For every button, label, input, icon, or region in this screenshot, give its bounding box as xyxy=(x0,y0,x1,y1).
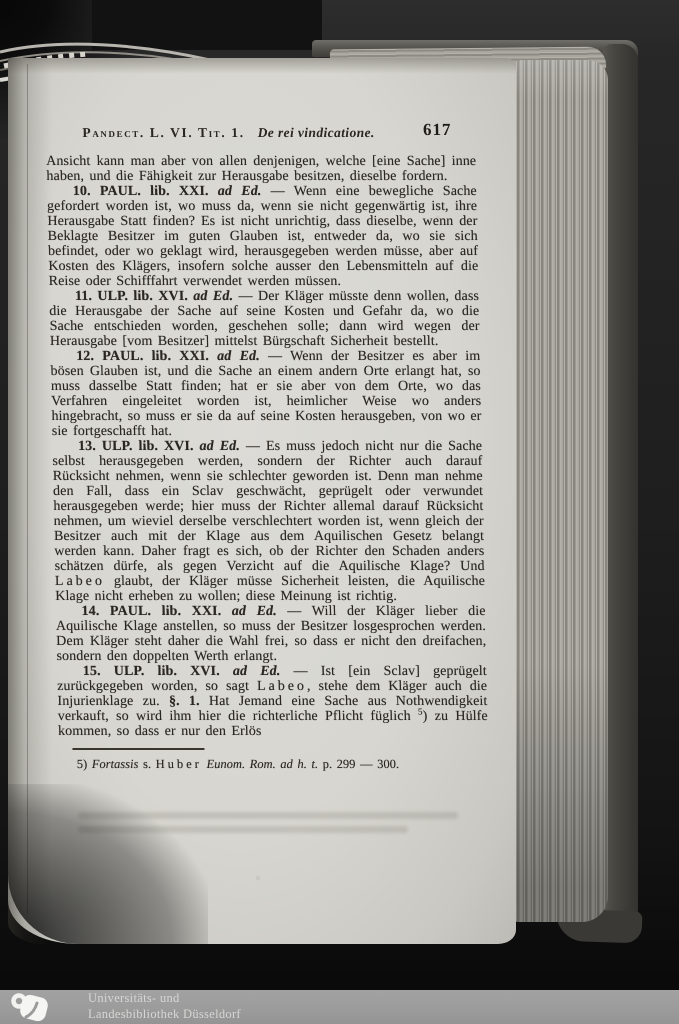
text-segment: Labeo xyxy=(257,679,307,694)
text-segment: Ansicht kann man aber von allen denjenig… xyxy=(46,154,476,184)
body-text: Ansicht kann man aber von allen denjenig… xyxy=(46,154,488,739)
paragraph: 12. PAUL. lib. XXI. ad Ed. — Wenn der Be… xyxy=(50,349,482,439)
library-name: Universitäts- und Landesbibliothek Düsse… xyxy=(88,991,241,1022)
text-segment: ad Ed. xyxy=(232,604,277,619)
text-segment: ad Ed. xyxy=(217,349,260,364)
running-title-series: Pandect. L. VI. Tit. 1. xyxy=(82,125,245,140)
page-number: 617 xyxy=(423,120,452,140)
footnote-rule xyxy=(72,748,204,750)
text-segment: 11. ULP. lib. XVI. xyxy=(75,289,194,304)
text-segment: Fortassis xyxy=(92,757,139,771)
library-name-line2: Landesbibliothek Düsseldorf xyxy=(88,1007,241,1023)
paragraph: 13. ULP. lib. XVI. ad Ed. — Es muss jedo… xyxy=(52,439,485,604)
page-header: Pandect. L. VI. Tit. 1. De rei vindicati… xyxy=(45,124,475,144)
text-segment: — Wenn eine bewegliche Sache gefordert w… xyxy=(47,184,479,289)
paragraph: 11. ULP. lib. XVI. ad Ed. — Der Kläger m… xyxy=(49,289,480,349)
book-page: Pandect. L. VI. Tit. 1. De rei vindicati… xyxy=(8,58,516,944)
text-segment: ad Ed. xyxy=(193,289,233,304)
running-title-treatise: De rei vindicatione. xyxy=(257,125,374,140)
page-edges-right xyxy=(514,60,608,922)
library-watermark-bar: Universitäts- und Landesbibliothek Düsse… xyxy=(0,990,679,1024)
text-segment: 12. PAUL. lib. XXI. xyxy=(76,349,217,364)
text-segment: s. xyxy=(138,757,156,771)
page-content: Pandect. L. VI. Tit. 1. De rei vindicati… xyxy=(44,58,489,772)
text-segment: glaubt, der Kläger müsse Sicherheit leis… xyxy=(55,574,485,604)
book-photo: Pandect. L. VI. Tit. 1. De rei vindicati… xyxy=(0,0,679,1024)
paragraph: 10. PAUL. lib. XXI. ad Ed. — Wenn eine b… xyxy=(47,184,479,289)
text-segment: ad Ed. xyxy=(233,664,281,679)
library-name-line1: Universitäts- und xyxy=(88,991,241,1007)
text-segment: 14. PAUL. lib. XXI. xyxy=(81,604,232,619)
text-segment: §. 1. xyxy=(169,694,200,709)
text-segment: 10. PAUL. lib. XXI. xyxy=(73,184,218,199)
text-segment: ad Ed. xyxy=(199,439,240,454)
text-segment: Huber xyxy=(155,757,202,771)
paragraph: 15. ULP. lib. XVI. ad Ed. — Ist [ein Scl… xyxy=(57,664,489,739)
text-segment: p. 299 — 300. xyxy=(318,757,399,771)
text-segment: 15. ULP. lib. XVI. xyxy=(83,664,233,679)
text-segment: Labeo xyxy=(55,574,105,589)
footnote: 5) Fortassis s. Huber Eunom. Rom. ad h. … xyxy=(59,757,489,772)
text-segment: 13. ULP. lib. XVI. xyxy=(78,439,200,454)
library-logo-icon xyxy=(8,992,58,1023)
paragraph: 14. PAUL. lib. XXI. ad Ed. — Will der Kl… xyxy=(55,604,486,664)
text-segment: — Es muss jedoch nicht nur die Sache sel… xyxy=(52,439,485,574)
paragraph: Ansicht kann man aber von allen denjenig… xyxy=(46,154,477,184)
text-segment: Eunom. Rom. ad h. t. xyxy=(206,757,318,771)
page-bottom-left-shadow xyxy=(8,784,208,944)
text-segment: ad Ed. xyxy=(218,184,262,199)
text-segment: 5) xyxy=(77,757,92,771)
